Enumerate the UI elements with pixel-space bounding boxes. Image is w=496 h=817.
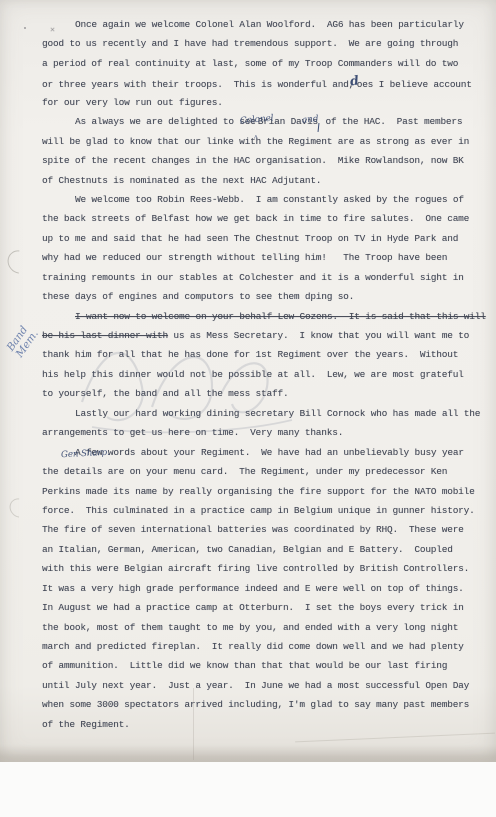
typed-line: It was a very high grade performance ind… bbox=[42, 579, 488, 598]
typed-line: Gen Sharp.A few words about your Regimen… bbox=[42, 443, 488, 462]
paper-speck-dot bbox=[24, 27, 26, 29]
typed-line: with this were Belgian aircraft firing l… bbox=[42, 559, 488, 578]
typed-line: We welcome too Robin Rees-Webb. I am con… bbox=[42, 190, 488, 209]
typed-text: spite of the recent changes in the HAC o… bbox=[42, 155, 464, 166]
typed-line: these days of engines and computors to s… bbox=[42, 287, 488, 306]
typed-line: of the Regiment. bbox=[42, 715, 488, 734]
typed-text: with this were Belgian aircraft firing l… bbox=[42, 563, 469, 574]
handwritten-insertion-word: and bbox=[301, 111, 319, 132]
typed-text: when some 3000 spectators arrived includ… bbox=[42, 699, 469, 710]
handwritten-insertion-word: Colonel bbox=[239, 110, 274, 132]
pencil-arc-mark-lower bbox=[6, 495, 33, 522]
typed-text: or three years with their troops. This i… bbox=[42, 79, 354, 90]
typed-text: force. This culminated in a practice cam… bbox=[42, 505, 475, 516]
paper-bottom-edge-shadow bbox=[0, 744, 496, 762]
typed-line: Once again we welcome Colonel Alan Woolf… bbox=[42, 15, 488, 34]
typed-line: or three years with their troops. This i… bbox=[42, 73, 488, 92]
typed-text: the details are on your menu card. The R… bbox=[42, 466, 447, 477]
typed-text: why had we reduced our strength without … bbox=[42, 252, 447, 263]
typed-text: A few words about your Regiment. We have… bbox=[75, 447, 464, 458]
typed-text: until July next year. Just a year. In Ju… bbox=[42, 680, 469, 691]
typed-text: these days of engines and computors to s… bbox=[42, 291, 354, 302]
typed-line: the back streets of Belfast how we get b… bbox=[42, 209, 488, 228]
typed-line: of ammunition. Little did we know than t… bbox=[42, 656, 488, 675]
typed-line: good to us recently and I have had treme… bbox=[42, 34, 488, 53]
typed-text: march and predicted fireplan. It really … bbox=[42, 641, 464, 652]
scanned-page: Once again we welcome Colonel Alan Woolf… bbox=[0, 0, 496, 762]
typed-text: an Italian, German, American, two Canadi… bbox=[42, 544, 453, 555]
typed-text: Once again we welcome Colonel Alan Woolf… bbox=[75, 19, 464, 30]
typed-line: Perkins made its name by really organisi… bbox=[42, 482, 488, 501]
typed-text: As always we are delighted to see bbox=[75, 116, 256, 127]
typed-line: up to me and said that he had seen The C… bbox=[42, 229, 488, 248]
typed-text: oes I believe account bbox=[357, 79, 472, 90]
typed-line: march and predicted fireplan. It really … bbox=[42, 637, 488, 656]
typed-line: when some 3000 spectators arrived includ… bbox=[42, 695, 488, 714]
typed-line: As always we are delighted to see^Colone… bbox=[42, 112, 488, 131]
typed-line: I want now to welcome on your behalf Lew… bbox=[42, 307, 488, 326]
pencil-arc-mark-upper bbox=[3, 246, 35, 279]
typed-text: of the Regiment. bbox=[42, 719, 130, 730]
typed-text: up to me and said that he had seen The C… bbox=[42, 233, 458, 244]
typed-line: In August we had a practice camp at Otte… bbox=[42, 598, 488, 617]
typed-line: the details are on your menu card. The R… bbox=[42, 462, 488, 481]
handwritten-overwrite-letter: d bbox=[349, 71, 360, 91]
typed-line: training remounts in our stables at Colc… bbox=[42, 268, 488, 287]
typed-text: training remounts in our stables at Colc… bbox=[42, 272, 464, 283]
typed-line: an Italian, German, American, two Canadi… bbox=[42, 540, 488, 559]
typed-line: why had we reduced our strength without … bbox=[42, 248, 488, 267]
typed-text: The fire of seven international batterie… bbox=[42, 524, 464, 535]
typed-text: Perkins made its name by really organisi… bbox=[42, 486, 475, 497]
typed-text: of ammunition. Little did we know than t… bbox=[42, 660, 447, 671]
insertion-caret-mark: ^ bbox=[254, 130, 258, 149]
typed-line: a period of real continuity at last, som… bbox=[42, 54, 488, 73]
typed-line: force. This culminated in a practice cam… bbox=[42, 501, 488, 520]
typed-line: the book, most of them taught to me by y… bbox=[42, 618, 488, 637]
typed-text: In August we had a practice camp at Otte… bbox=[42, 602, 464, 613]
typed-text: good to us recently and I have had treme… bbox=[42, 38, 458, 49]
typed-line: until July next year. Just a year. In Ju… bbox=[42, 676, 488, 695]
typed-line: of Chestnuts is nominated as the next HA… bbox=[42, 171, 488, 190]
handwritten-note-above-line: Gen Sharp. bbox=[61, 443, 111, 465]
typed-line: The fire of seven international batterie… bbox=[42, 520, 488, 539]
typed-text: It was a very high grade performance ind… bbox=[42, 583, 464, 594]
typed-text: of the HAC. Past members bbox=[320, 116, 462, 127]
typed-line: spite of the recent changes in the HAC o… bbox=[42, 151, 488, 170]
typed-line: will be glad to know that our linke with… bbox=[42, 132, 488, 151]
typed-text: for our very low run out figures. bbox=[42, 97, 223, 108]
typed-text: We welcome too Robin Rees-Webb. I am con… bbox=[75, 194, 464, 205]
typed-text: of Chestnuts is nominated as the next HA… bbox=[42, 175, 321, 186]
faint-pen-scribble bbox=[62, 332, 302, 442]
typed-text: a period of real continuity at last, som… bbox=[42, 58, 458, 69]
struck-through-text: I want now to welcome on your behalf Lew… bbox=[75, 311, 486, 322]
typed-text: the back streets of Belfast how we get b… bbox=[42, 213, 469, 224]
typed-text: the book, most of them taught to me by y… bbox=[42, 622, 458, 633]
